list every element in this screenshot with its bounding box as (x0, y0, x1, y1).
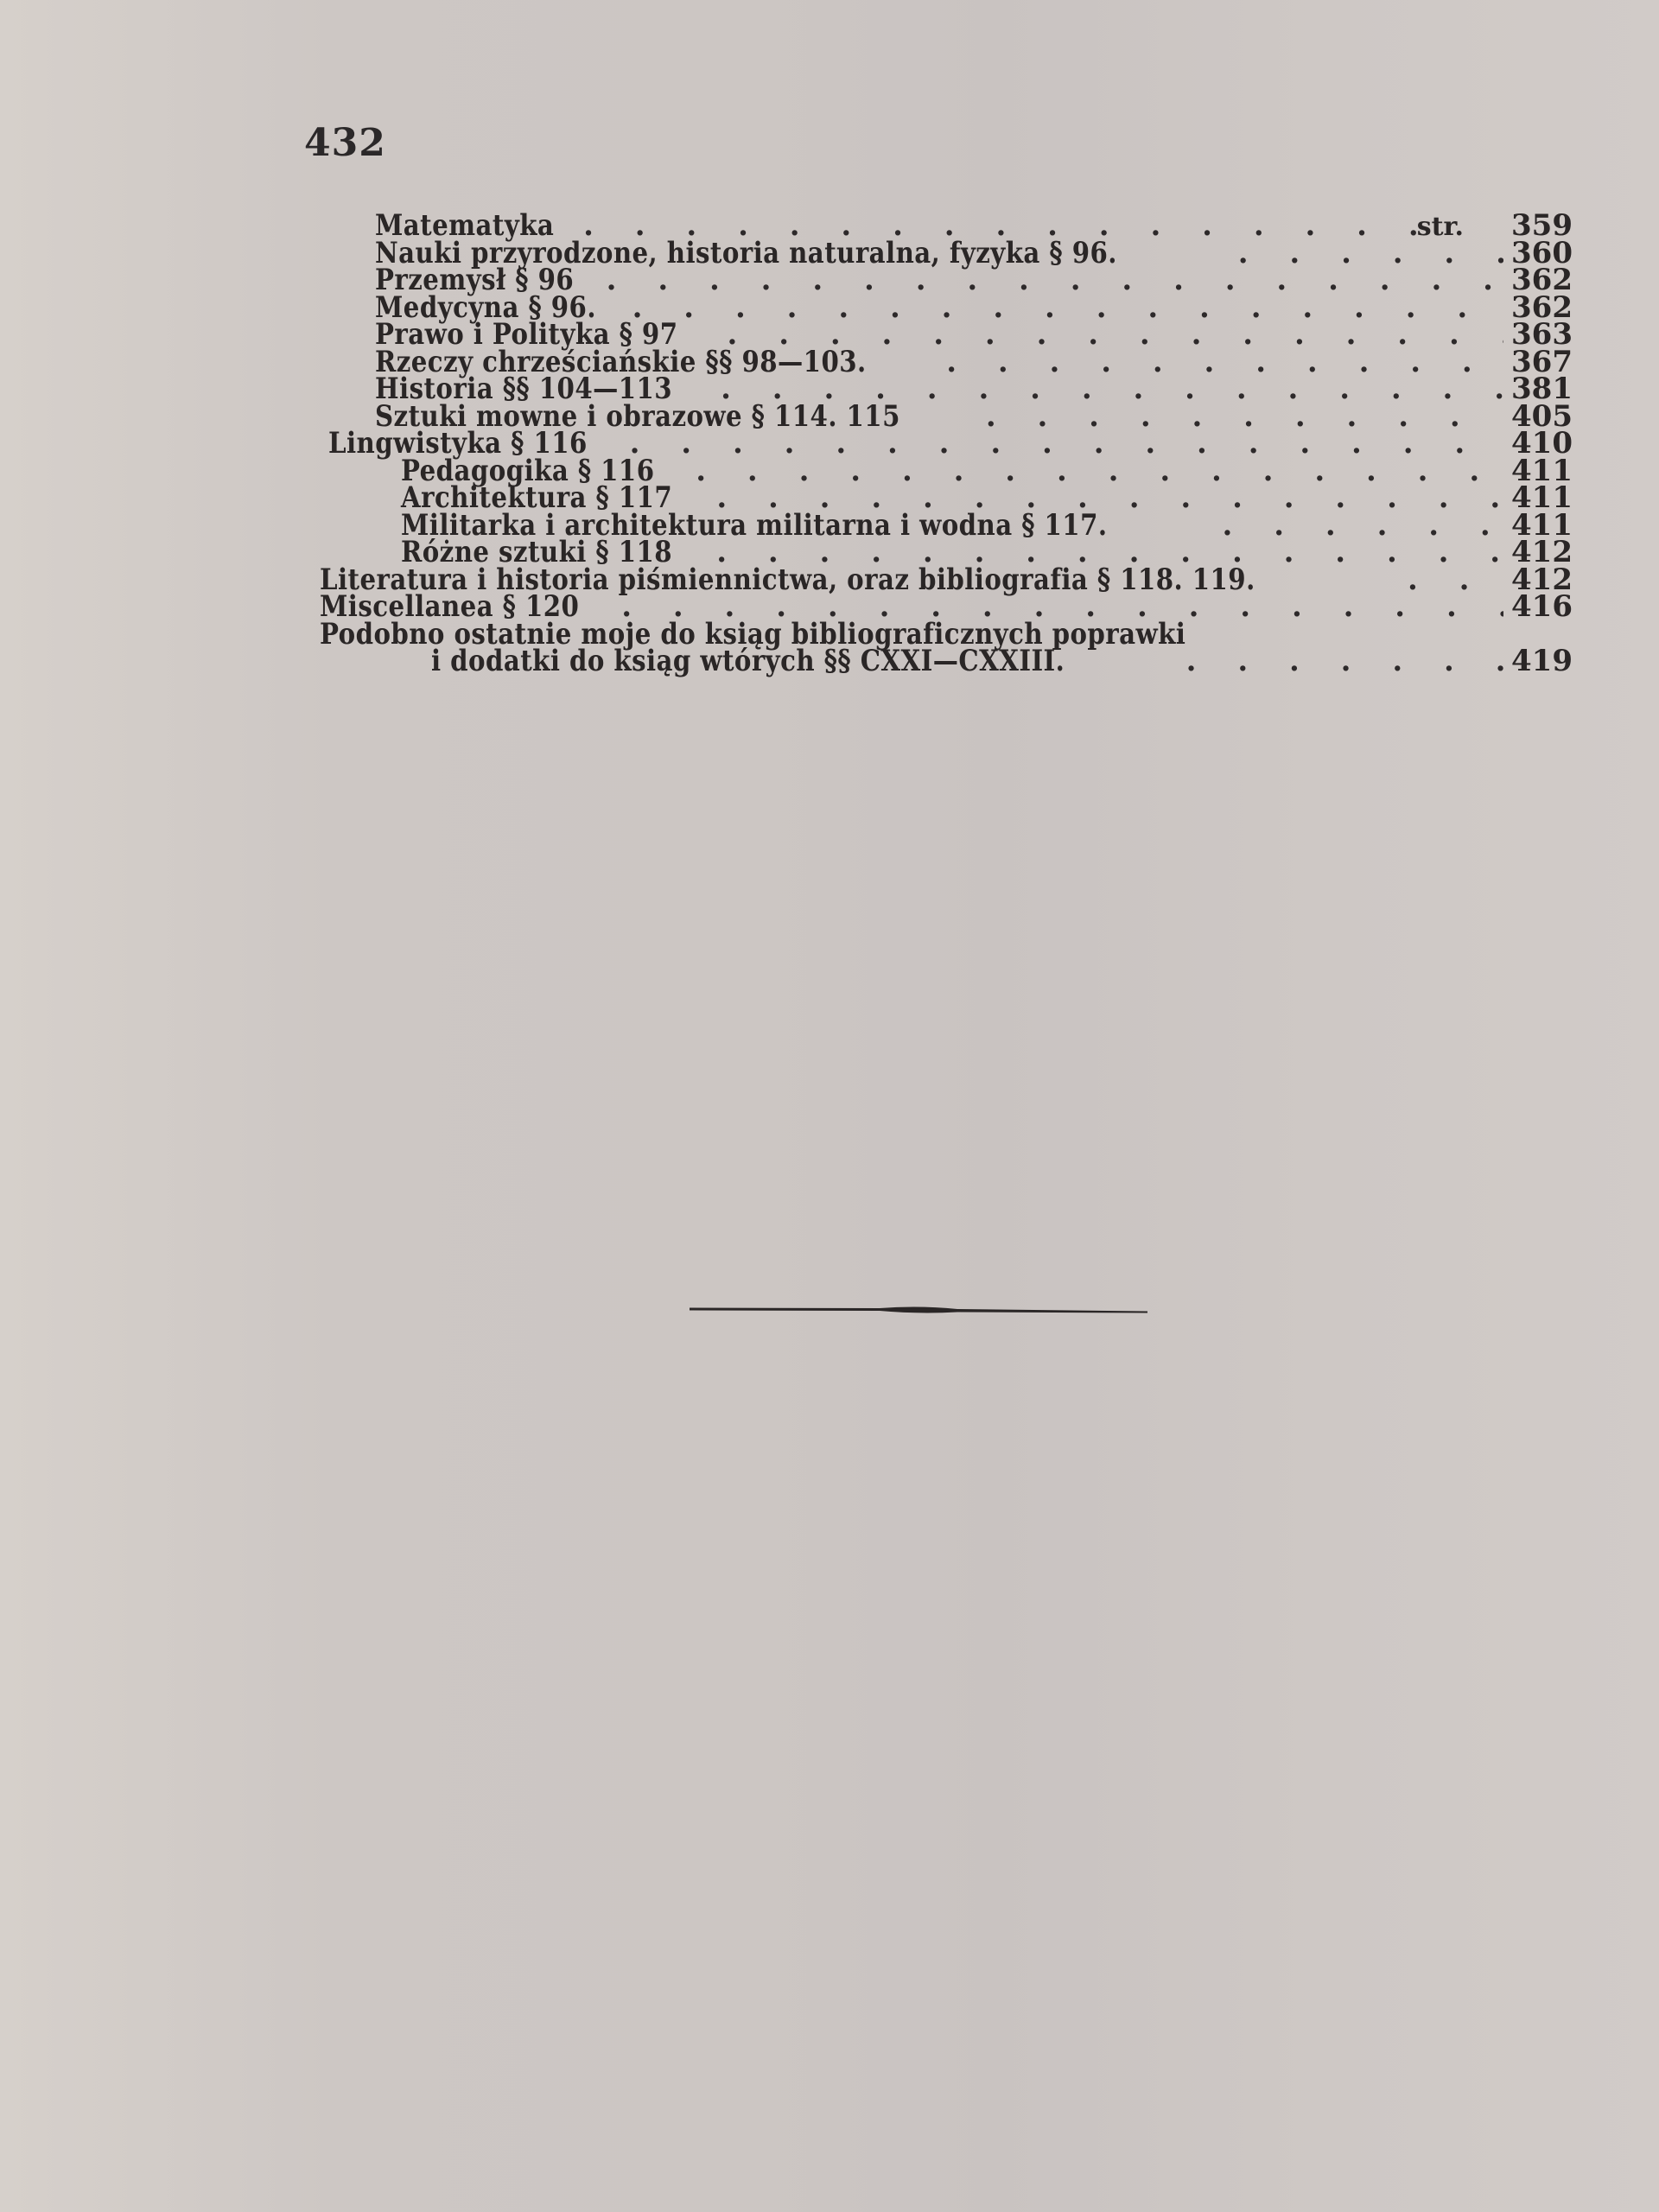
dot-leader (1223, 512, 1503, 540)
toc-entry-continuation: i dodatki do ksiąg wtórych §§ CXXI—CXXII… (320, 648, 1573, 676)
dot-leader (632, 295, 1503, 322)
page-number: 432 (304, 121, 386, 165)
dot-leader (696, 458, 1503, 486)
toc-entry-page: 419 (1503, 648, 1573, 676)
toc-page-label: str. (1417, 213, 1464, 241)
toc-entry-title: i dodatki do ksiąg wtórych §§ CXXI—CXXII… (320, 648, 1065, 676)
dot-leader (630, 430, 1503, 458)
dot-leader (946, 349, 1503, 377)
dot-leader (986, 404, 1503, 431)
table-of-contents: Matematyka str. 359 Nauki przyrodzone, h… (328, 213, 1573, 676)
dot-leader (607, 267, 1503, 295)
dot-leader (1238, 240, 1503, 268)
end-rule-divider (690, 1306, 1147, 1313)
tapered-rule-icon (690, 1306, 1147, 1314)
dot-leader (1408, 567, 1503, 594)
toc-entry-page: 416 (1503, 594, 1573, 621)
dot-leader (1186, 648, 1503, 676)
